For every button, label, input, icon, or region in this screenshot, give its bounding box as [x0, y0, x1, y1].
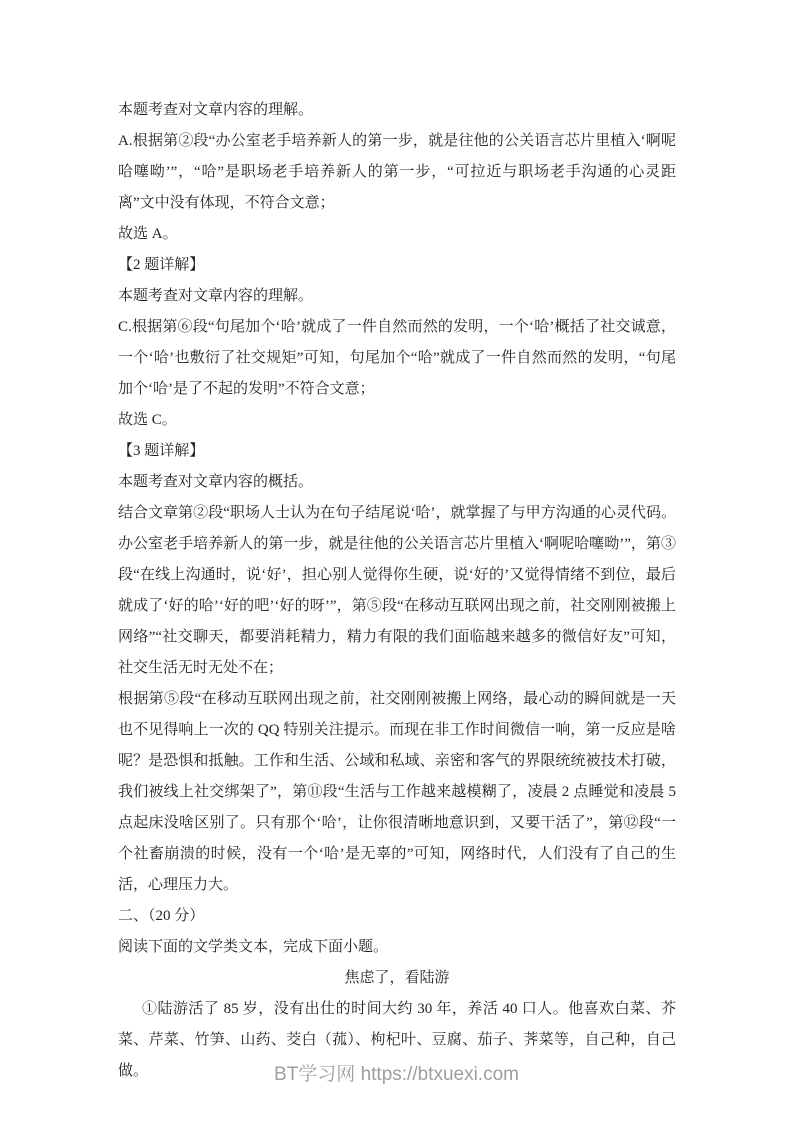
q2-intro-text: 本题考查对文章内容的理解。	[118, 281, 676, 312]
answer-explanation-content: 本题考查对文章内容的理解。 A.根据第②段“办公室老手培养新人的第一步，就是往他…	[118, 95, 676, 1087]
q2-answer-line: 故选 C。	[118, 405, 676, 436]
exam-answer-document-page: 本题考查对文章内容的理解。 A.根据第②段“办公室老手培养新人的第一步，就是往他…	[0, 0, 793, 1122]
q1-option-a-analysis: A.根据第②段“办公室老手培养新人的第一步，就是往他的公关语言芯片里植入‘啊呢哈…	[118, 126, 676, 219]
q3-detail-heading: 【3 题详解】	[118, 436, 676, 467]
q1-answer-line: 故选 A。	[118, 219, 676, 250]
q3-analysis-paragraph-2: 根据第⑤段“在移动互联网出现之前，社交刚刚被搬上网络，最心动的瞬间就是一天也不见…	[118, 684, 676, 901]
q2-detail-heading: 【2 题详解】	[118, 250, 676, 281]
q3-intro-text: 本题考查对文章内容的概括。	[118, 467, 676, 498]
site-watermark-text: BT学习网 https://btxuexi.com	[274, 1064, 519, 1085]
section-2-heading: 二、（20 分）	[118, 901, 676, 932]
reading-instruction: 阅读下面的文学类文本，完成下面小题。	[118, 932, 676, 963]
q3-analysis-paragraph-1: 结合文章第②段“职场人士认为在句子结尾说‘哈’，就掌握了与甲方沟通的心灵代码。办…	[118, 498, 676, 684]
q2-option-c-analysis: C.根据第⑥段“句尾加个‘哈’就成了一件自然而然的发明，一个‘哈’概括了社交诚意…	[118, 312, 676, 405]
passage-title: 焦虑了，看陆游	[118, 963, 676, 994]
q1-intro-text: 本题考查对文章内容的理解。	[118, 95, 676, 126]
watermark-footer: BT学习网 https://btxuexi.com	[0, 1062, 793, 1088]
